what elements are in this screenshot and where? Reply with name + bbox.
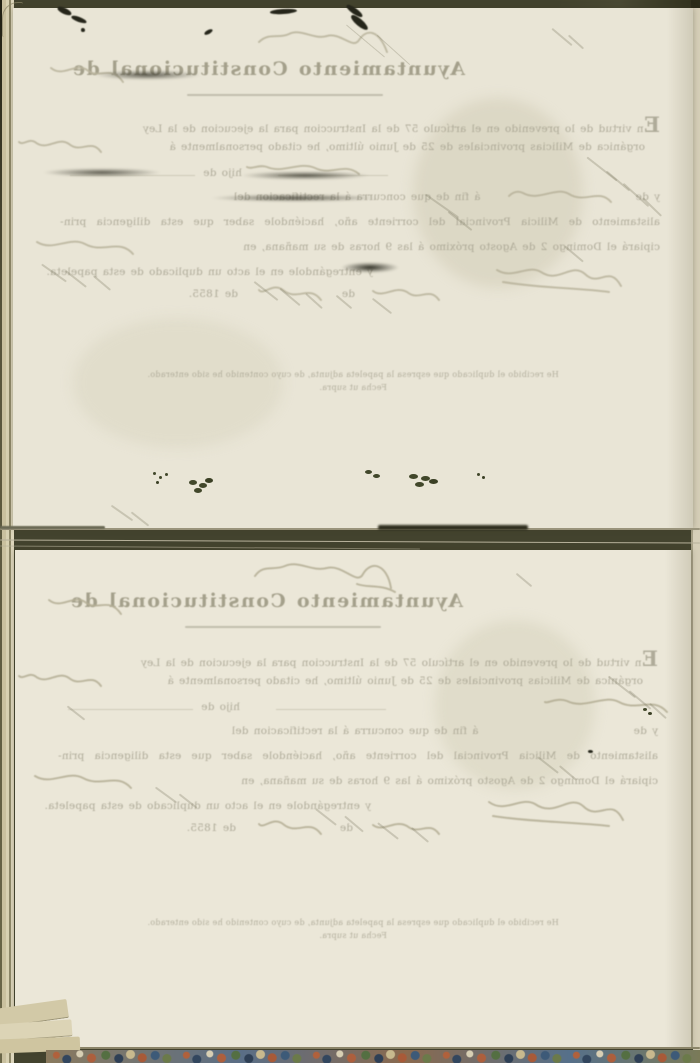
ink-spatter xyxy=(477,473,480,476)
body-line-2: orgánica de Milicias provinciales de 25 … xyxy=(167,675,643,687)
ink-smear xyxy=(211,194,379,202)
body-line-4: y deá fin de que concurra á la rectifica… xyxy=(232,725,658,737)
ink-smear xyxy=(341,262,399,273)
body-line-1: En virtud de lo prevenido en el artículo… xyxy=(143,112,660,137)
bottom-page: Ayuntamiento Constitucional de En virtud… xyxy=(15,550,691,1048)
next-page-top-edge-2 xyxy=(0,546,420,550)
page-junction-dark-segment xyxy=(378,525,528,530)
top-page: Ayuntamiento Constitucional de En virtud… xyxy=(13,8,693,528)
drop-cap: E xyxy=(643,112,660,137)
body-line-7: y entregándole en el acto un duplicado d… xyxy=(44,800,371,812)
ink-smear xyxy=(241,171,369,180)
ink-dot xyxy=(81,28,85,32)
body-line-2: orgánica de Milicias provinciales de 25 … xyxy=(169,141,645,153)
ink-spatter xyxy=(643,708,647,711)
handwriting-place xyxy=(33,234,137,262)
book-scan: Ayuntamiento Constitucional de En virtud… xyxy=(0,0,700,1063)
ink-dot xyxy=(588,750,593,753)
handwriting-name xyxy=(17,134,105,160)
handwriting-day xyxy=(369,816,445,842)
handwriting-month xyxy=(255,814,327,842)
body-line-5: alistamiento de Milicia Provincial del c… xyxy=(58,750,658,762)
ink-spatter xyxy=(365,470,372,474)
receipt-line-1: He recibido el duplicado que espresa la … xyxy=(13,370,693,379)
ink-spatter xyxy=(409,474,418,479)
title-underline xyxy=(187,94,383,96)
title-underline xyxy=(185,626,381,628)
page-junction-shadow xyxy=(0,528,700,530)
receipt-line-2: Fecha ut supra. xyxy=(15,931,691,940)
drop-cap: E xyxy=(641,646,658,671)
ink-smear xyxy=(95,70,201,80)
ink-spatter xyxy=(189,480,197,485)
body-line-5: alistamiento de Milicia Provincial del c… xyxy=(60,216,660,228)
marbled-cover-edge xyxy=(46,1050,700,1063)
blank-rule xyxy=(68,700,193,710)
bleed-through-form: Ayuntamiento Constitucional de En virtud… xyxy=(15,550,691,1048)
handwriting-mother-name xyxy=(505,184,615,210)
body-line-1: En virtud de lo prevenido en el artículo… xyxy=(141,646,658,671)
receipt-line-2: Fecha ut supra. xyxy=(13,383,693,392)
bottom-page-bottom-edge xyxy=(0,1047,700,1049)
body-line-6: cipiará el Domingo 2 de Agosto próximo á… xyxy=(241,775,658,787)
handwriting-signature xyxy=(481,790,631,832)
ink-spatter xyxy=(153,472,156,475)
body-line-3: hijo de xyxy=(68,700,386,713)
handwriting-name xyxy=(17,668,105,694)
receipt-line-1: He recibido el duplicado que espresa la … xyxy=(15,918,691,927)
form-title: Ayuntamiento Constitucional de xyxy=(69,590,463,612)
handwriting-signature xyxy=(489,258,629,298)
handwriting-town-name xyxy=(253,22,393,60)
body-line-6: cipiará el Domingo 2 de Agosto próximo á… xyxy=(243,241,660,253)
ink-smear xyxy=(43,168,161,177)
page-junction-left-segment xyxy=(0,526,105,529)
handwriting-after-title xyxy=(45,592,125,622)
next-page-top-edge xyxy=(0,539,700,543)
blank-rule xyxy=(276,700,386,710)
handwriting-place xyxy=(31,768,135,796)
